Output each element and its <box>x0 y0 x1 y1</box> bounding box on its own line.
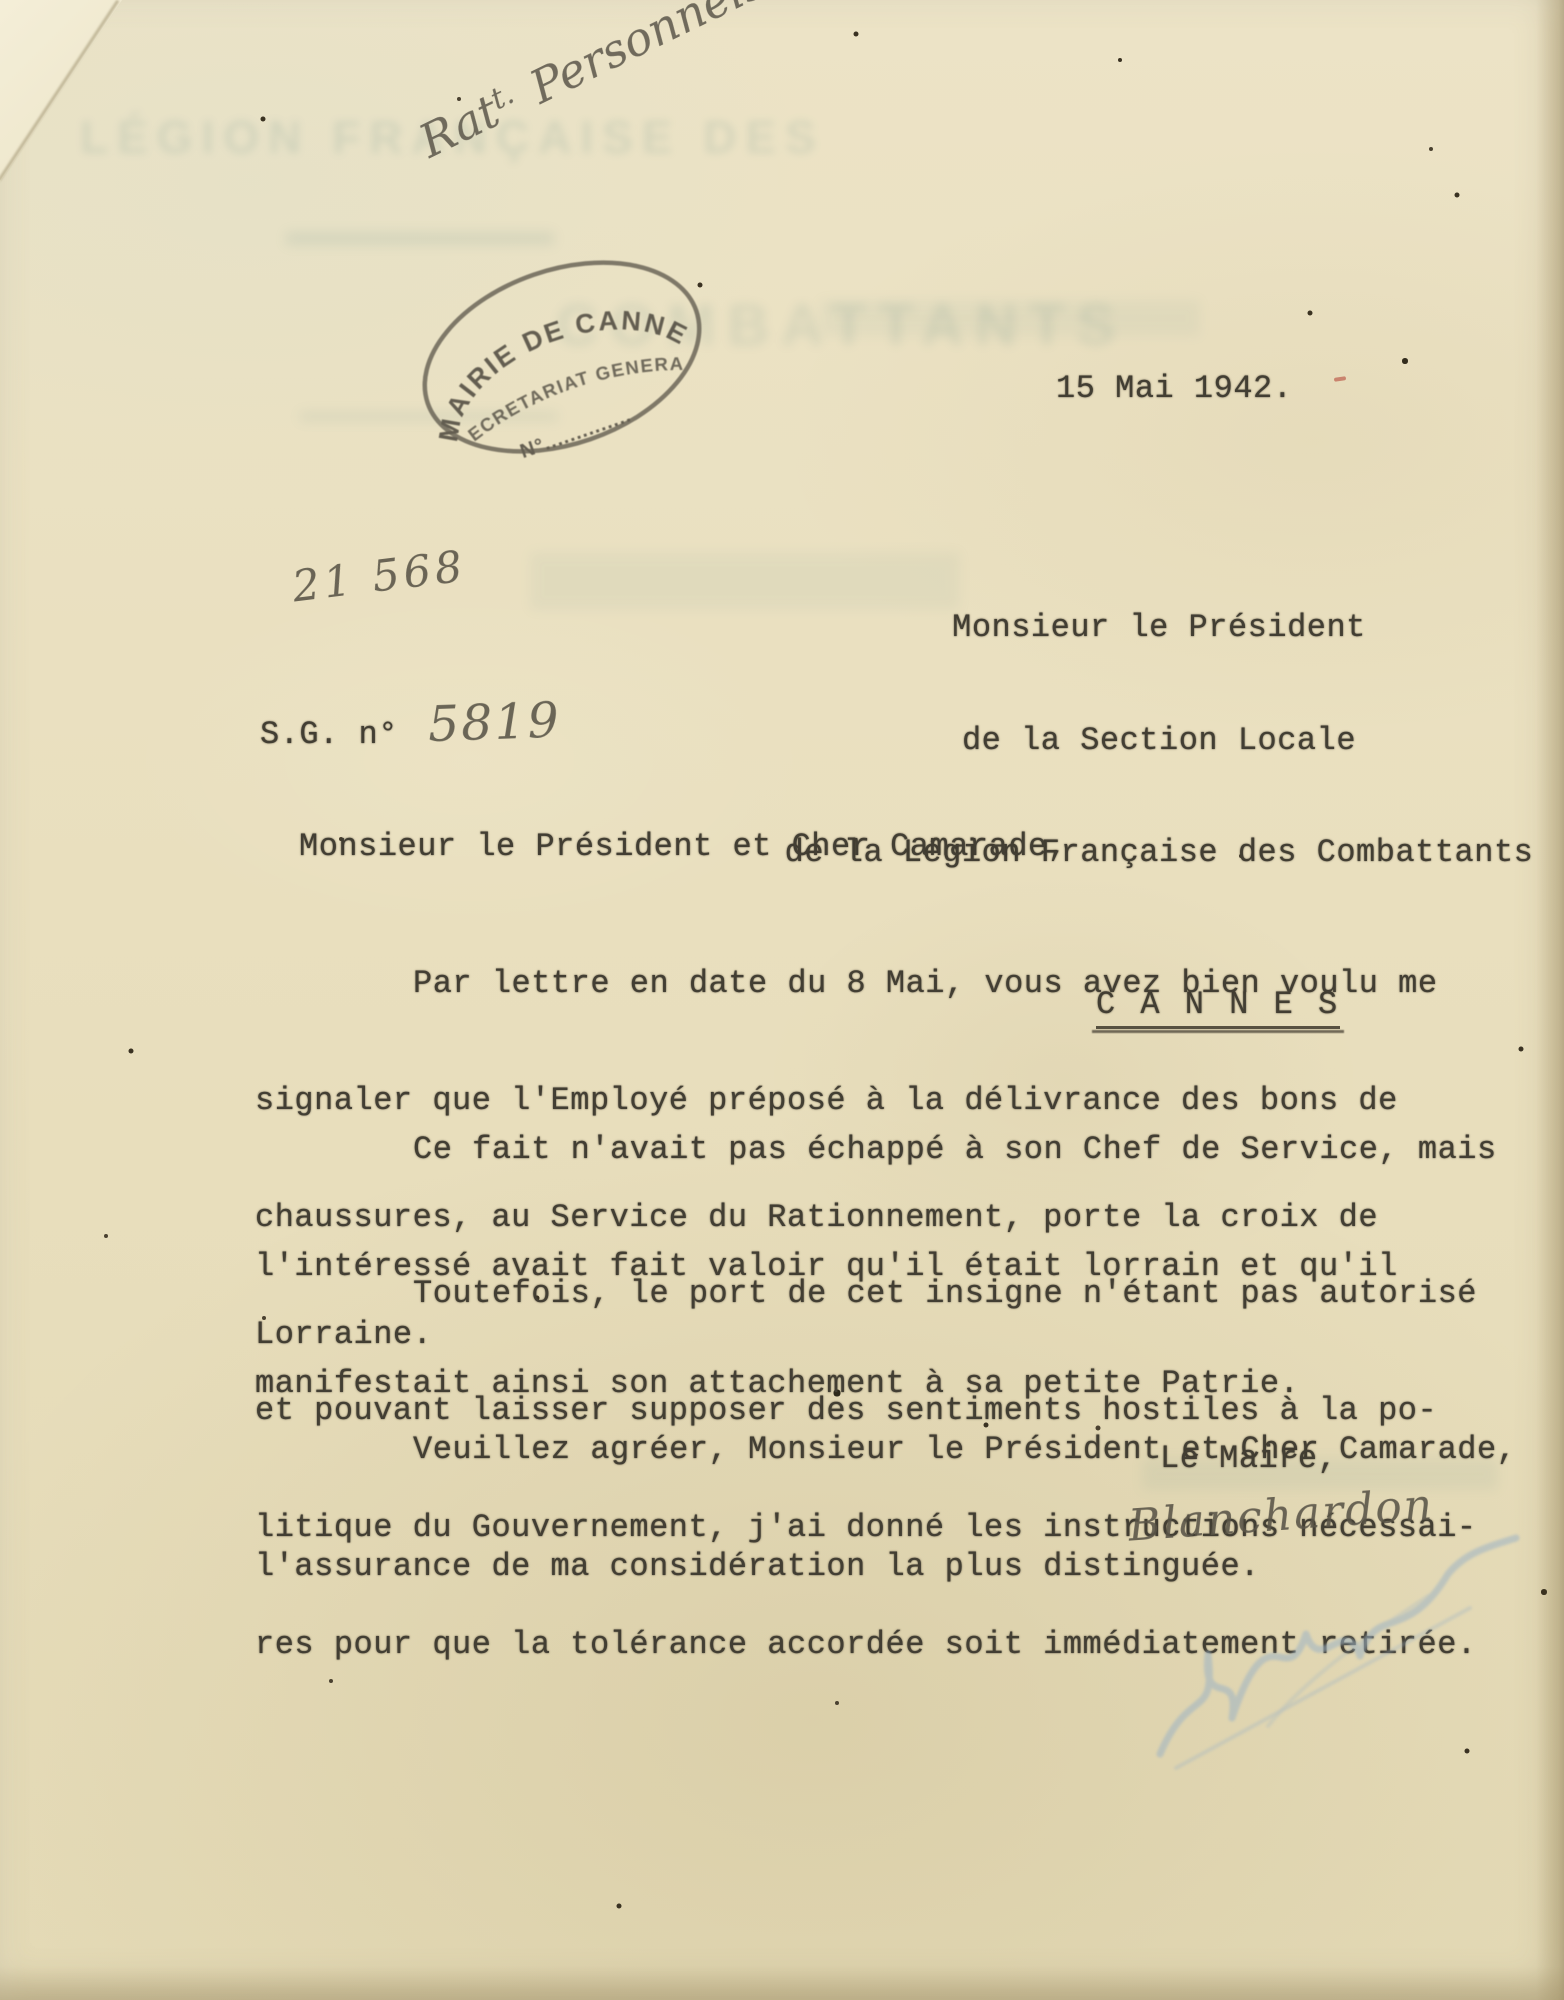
registry-stamp: MAIRIE DE CANNES SECRETARIAT GENERAL N°.… <box>406 236 718 478</box>
pencil-annotation-rest: Personnels <box>521 0 773 114</box>
red-ink-speck <box>1334 376 1346 382</box>
pencil-annotation: Ratt.Personnels <box>411 0 774 168</box>
registry-number-handwritten: 21 568 <box>290 542 469 613</box>
salutation: Monsieur le Président et Cher Camarade, <box>299 828 1067 865</box>
stamp-number-line: N°.............. <box>517 404 634 463</box>
corner-fold <box>0 0 122 182</box>
paper-bottom-edge-shadow <box>0 1966 1564 2000</box>
ghost-bar-date <box>820 300 1200 336</box>
paragraph-line: Ce fait n'avait pas échappé à son Chef d… <box>255 1130 1497 1169</box>
recipient-line2: de la Section Locale <box>770 722 1548 760</box>
paper-specks <box>0 0 2 2</box>
reference-number-handwritten: 5819 <box>427 692 562 754</box>
paragraph-line: Toutefois, le port de cet insigne n'étan… <box>255 1274 1477 1313</box>
scanned-letter-page: LÉGION FRANÇAISE DES COMBATTANTS Ratt.Pe… <box>0 0 1564 2000</box>
reference-label: S.G. n° <box>260 716 398 753</box>
faint-blue-signature <box>1118 1516 1548 1786</box>
paragraph-line: Par lettre en date du 8 Mai, vous avez b… <box>255 964 1438 1003</box>
signature-title: Le Maire, <box>1160 1440 1337 1477</box>
date-line: 15 Mai 1942. <box>1056 370 1292 407</box>
recipient-line1: Monsieur le Président <box>770 609 1548 647</box>
